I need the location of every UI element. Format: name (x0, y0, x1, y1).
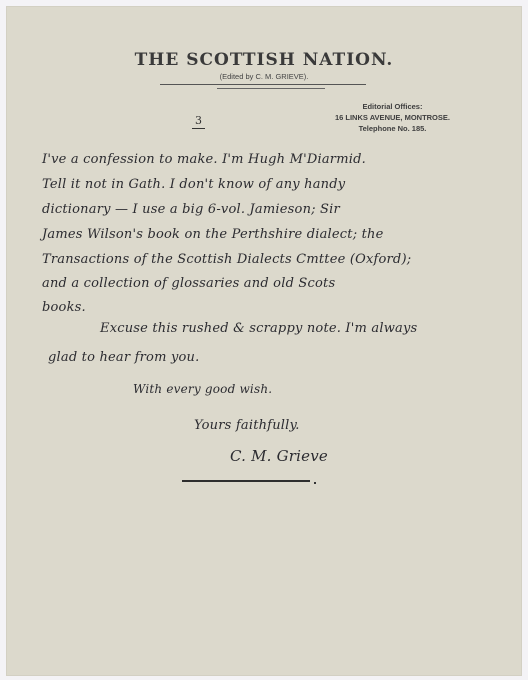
letterhead-rule-long (160, 84, 366, 85)
body-line: dictionary — I use a big 6-vol. Jamieson… (42, 202, 340, 217)
body-line: I've a confession to make. I'm Hugh M'Di… (42, 152, 366, 167)
closing-line: With every good wish. (133, 382, 272, 396)
body-line: Transactions of the Scottish Dialects Cm… (42, 252, 411, 267)
signature-dot (314, 482, 316, 484)
offices-address: 16 LINKS AVENUE, MONTROSE. (335, 112, 450, 123)
body-line: Tell it not in Gath. I don't know of any… (42, 177, 345, 192)
letterhead-editor-line: (Edited by C. M. GRIEVE). (0, 72, 528, 81)
body-line: James Wilson's book on the Perthshire di… (42, 227, 384, 242)
body-line: Excuse this rushed & scrappy note. I'm a… (100, 321, 417, 336)
page-number: 3 (192, 114, 205, 129)
editorial-offices: Editorial Offices: 16 LINKS AVENUE, MONT… (335, 101, 450, 134)
body-line: glad to hear from you. (48, 350, 199, 365)
offices-telephone: Telephone No. 185. (335, 123, 450, 134)
signature-underline (182, 480, 310, 482)
valediction: Yours faithfully. (194, 418, 300, 433)
signature: C. M. Grieve (230, 447, 328, 465)
letterhead-title: THE SCOTTISH NATION. (0, 50, 528, 70)
body-line: and a collection of glossaries and old S… (42, 276, 335, 291)
letterhead-rule-short (217, 88, 325, 89)
offices-label: Editorial Offices: (335, 101, 450, 112)
body-line: books. (42, 300, 86, 315)
